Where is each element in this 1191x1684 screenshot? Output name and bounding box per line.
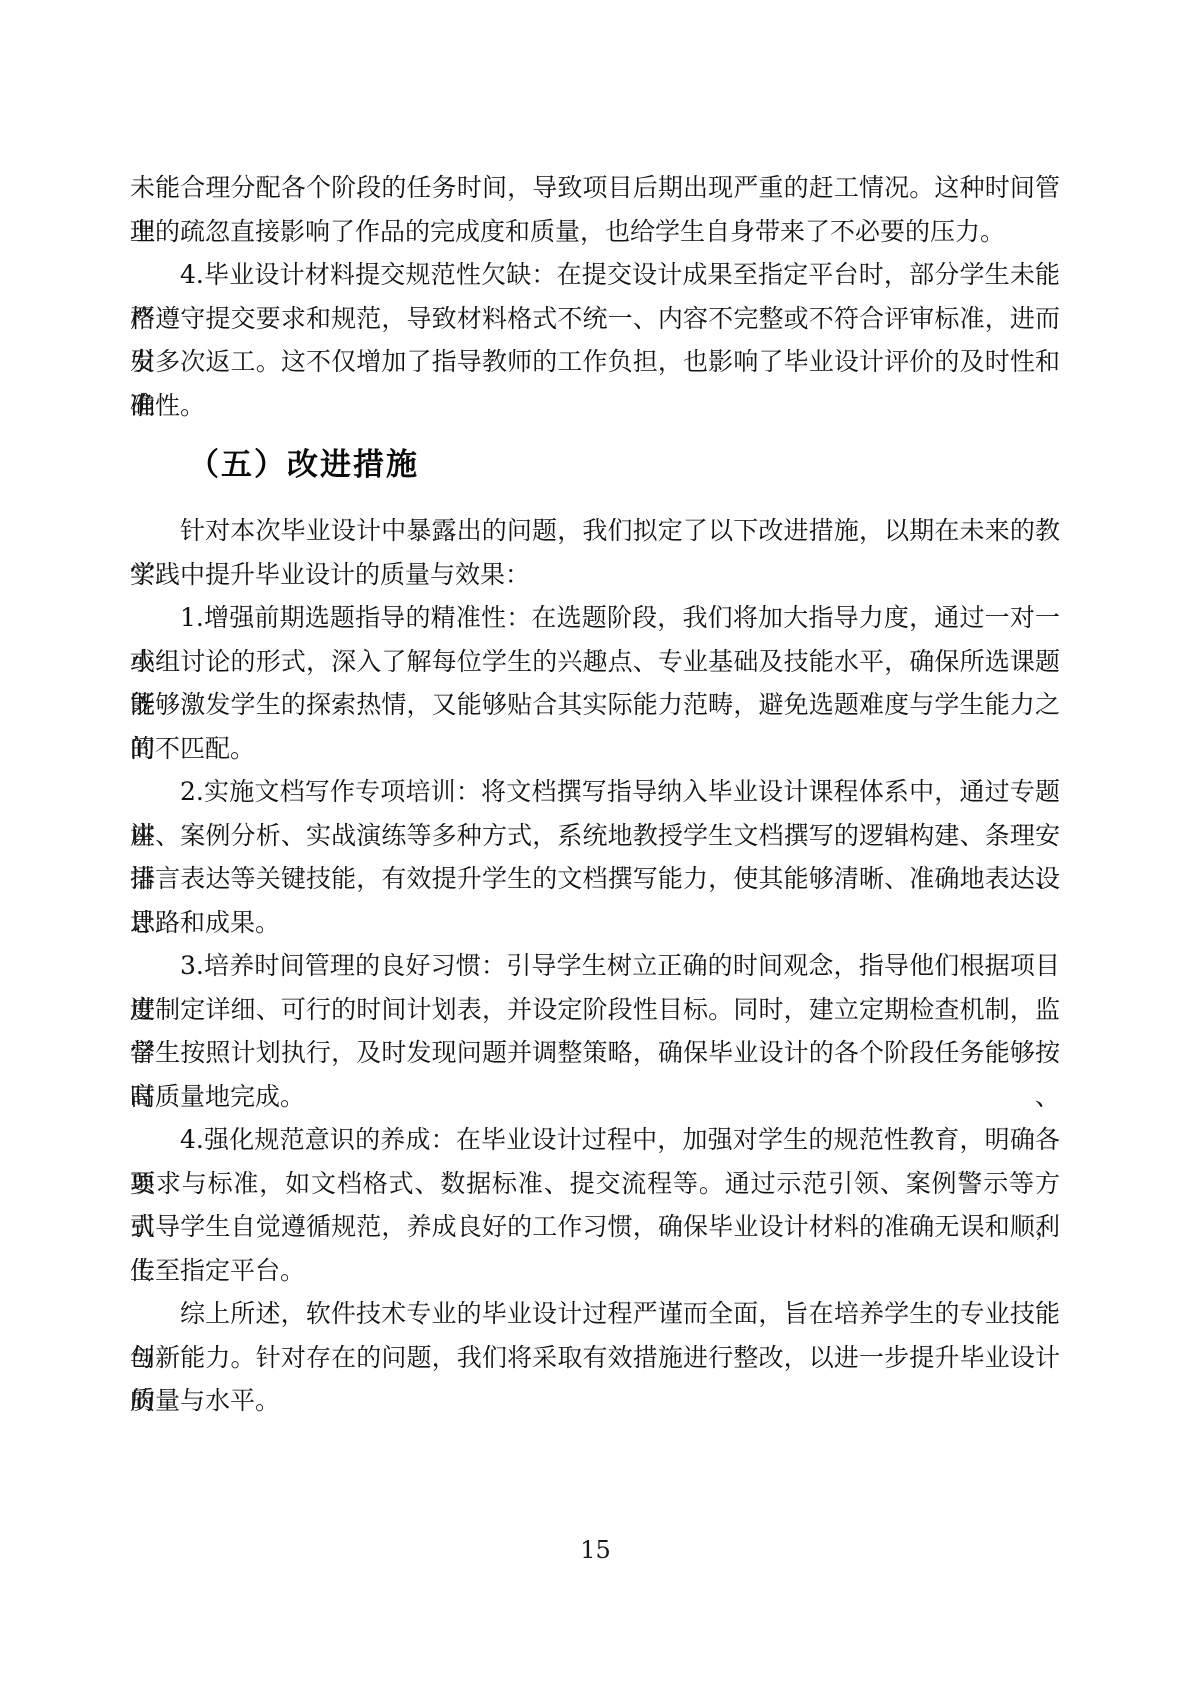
paragraph: 综上所述，软件技术专业的毕业设计过程严谨而全面，旨在培养学生的专业技能与 创新能…: [130, 1292, 1060, 1423]
paragraph: 1.增强前期选题指导的精准性：在选题阶段，我们将加大指导力度，通过一对一或 小组…: [130, 596, 1060, 770]
text-line: 创新能力。针对存在的问题，我们将采取有效措施进行整改，以进一步提升毕业设计的: [130, 1336, 1060, 1380]
text-line: 未能合理分配各个阶段的任务时间，导致项目后期出现严重的赶工情况。这种时间管理: [130, 166, 1060, 210]
paragraph: 4.毕业设计材料提交规范性欠缺：在提交设计成果至指定平台时，部分学生未能严 格遵…: [130, 253, 1060, 427]
text-line: 2.实施文档写作专项培训：将文档撰写指导纳入毕业设计课程体系中，通过专题讲: [130, 770, 1060, 814]
text-line: 引导学生自觉遵循规范，养成良好的工作习惯，确保毕业设计材料的准确无误和顺利上: [130, 1205, 1060, 1249]
text-line: 实践中提升毕业设计的质量与效果：: [130, 553, 1060, 597]
text-line: 小组讨论的形式，深入了解每位学生的兴趣点、专业基础及技能水平，确保所选课题既: [130, 640, 1060, 684]
text-line: 要求与标准，如文档格式、数据标准、提交流程等。通过示范引领、案例警示等方式，: [130, 1162, 1060, 1206]
text-line: 的不匹配。: [130, 727, 1060, 771]
text-line: 4.强化规范意识的养成：在毕业设计过程中，加强对学生的规范性教育，明确各项: [130, 1118, 1060, 1162]
text-line: 学生按照计划执行，及时发现问题并调整策略，确保毕业设计的各个阶段任务能够按时、: [130, 1031, 1060, 1075]
text-line: 上的疏忽直接影响了作品的完成度和质量，也给学生自身带来了不必要的压力。: [130, 210, 1060, 254]
text-line: 思路和成果。: [130, 901, 1060, 945]
text-line: 座、案例分析、实战演练等多种方式，系统地教授学生文档撰写的逻辑构建、条理安排、: [130, 814, 1060, 858]
section-heading: （五）改进措施: [130, 443, 1060, 487]
text-line: 语言表达等关键技能，有效提升学生的文档撰写能力，使其能够清晰、准确地表达设计: [130, 857, 1060, 901]
document-page: 未能合理分配各个阶段的任务时间，导致项目后期出现严重的赶工情况。这种时间管理 上…: [0, 0, 1191, 1684]
text-line: 格遵守提交要求和规范，导致材料格式不统一、内容不完整或不符合评审标准，进而引: [130, 297, 1060, 341]
text-line: 度制定详细、可行的时间计划表，并设定阶段性目标。同时，建立定期检查机制，监督: [130, 988, 1060, 1032]
text-line: 发多次返工。这不仅增加了指导教师的工作负担，也影响了毕业设计评价的及时性和准: [130, 340, 1060, 384]
paragraph: 未能合理分配各个阶段的任务时间，导致项目后期出现严重的赶工情况。这种时间管理 上…: [130, 166, 1060, 253]
text-line: 1.增强前期选题指导的精准性：在选题阶段，我们将加大指导力度，通过一对一或: [130, 596, 1060, 640]
page-number: 15: [0, 1536, 1191, 1564]
paragraph: 3.培养时间管理的良好习惯：引导学生树立正确的时间观念，指导他们根据项目进 度制…: [130, 944, 1060, 1118]
text-line: 综上所述，软件技术专业的毕业设计过程严谨而全面，旨在培养学生的专业技能与: [130, 1292, 1060, 1336]
paragraph: 针对本次毕业设计中暴露出的问题，我们拟定了以下改进措施，以期在未来的教学 实践中…: [130, 509, 1060, 596]
paragraph: 2.实施文档写作专项培训：将文档撰写指导纳入毕业设计课程体系中，通过专题讲 座、…: [130, 770, 1060, 944]
text-line: 确性。: [130, 384, 1060, 428]
text-line: 针对本次毕业设计中暴露出的问题，我们拟定了以下改进措施，以期在未来的教学: [130, 509, 1060, 553]
text-line: 能够激发学生的探索热情，又能够贴合其实际能力范畴，避免选题难度与学生能力之间: [130, 683, 1060, 727]
text-line: 质量与水平。: [130, 1379, 1060, 1423]
paragraph: 4.强化规范意识的养成：在毕业设计过程中，加强对学生的规范性教育，明确各项 要求…: [130, 1118, 1060, 1292]
text-column: 未能合理分配各个阶段的任务时间，导致项目后期出现严重的赶工情况。这种时间管理 上…: [130, 166, 1060, 1423]
text-line: 4.毕业设计材料提交规范性欠缺：在提交设计成果至指定平台时，部分学生未能严: [130, 253, 1060, 297]
text-line: 3.培养时间管理的良好习惯：引导学生树立正确的时间观念，指导他们根据项目进: [130, 944, 1060, 988]
text-line: 传至指定平台。: [130, 1249, 1060, 1293]
